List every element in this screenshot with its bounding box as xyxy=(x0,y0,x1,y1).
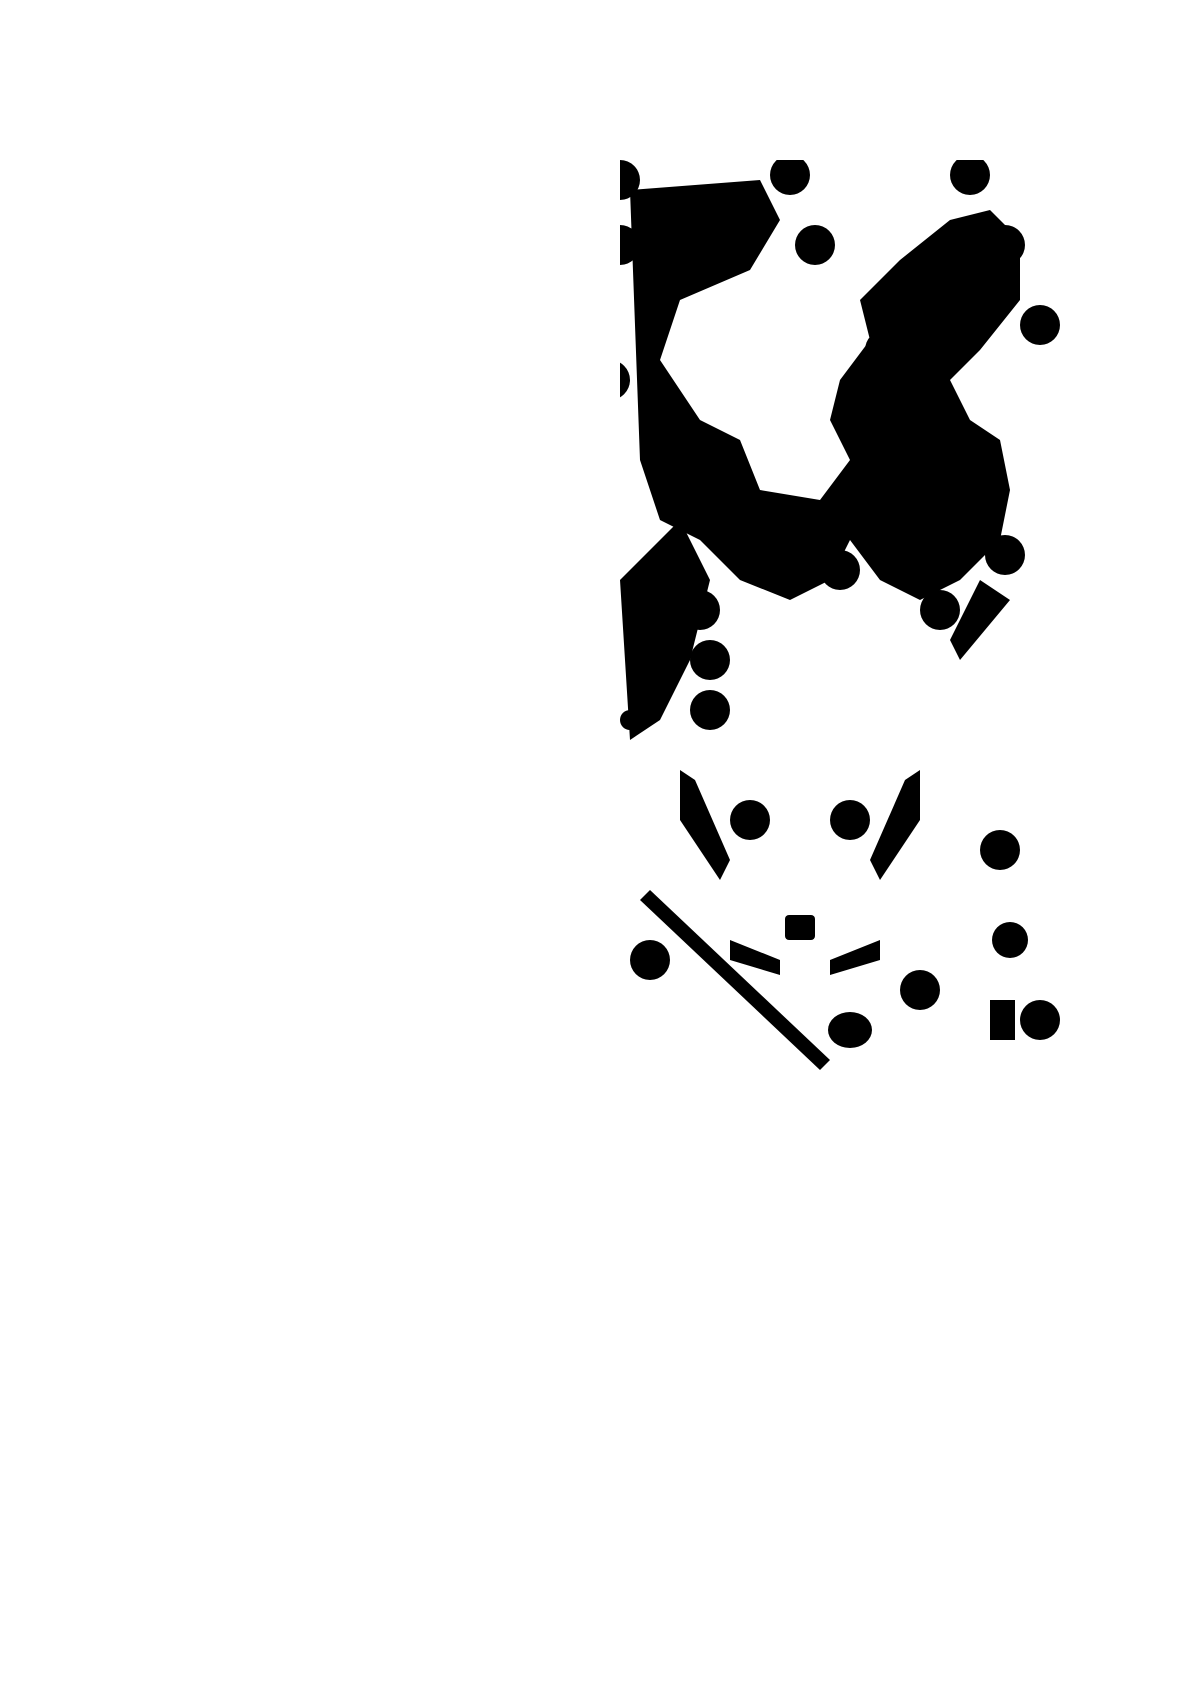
playfield-diagram xyxy=(620,160,1060,1160)
